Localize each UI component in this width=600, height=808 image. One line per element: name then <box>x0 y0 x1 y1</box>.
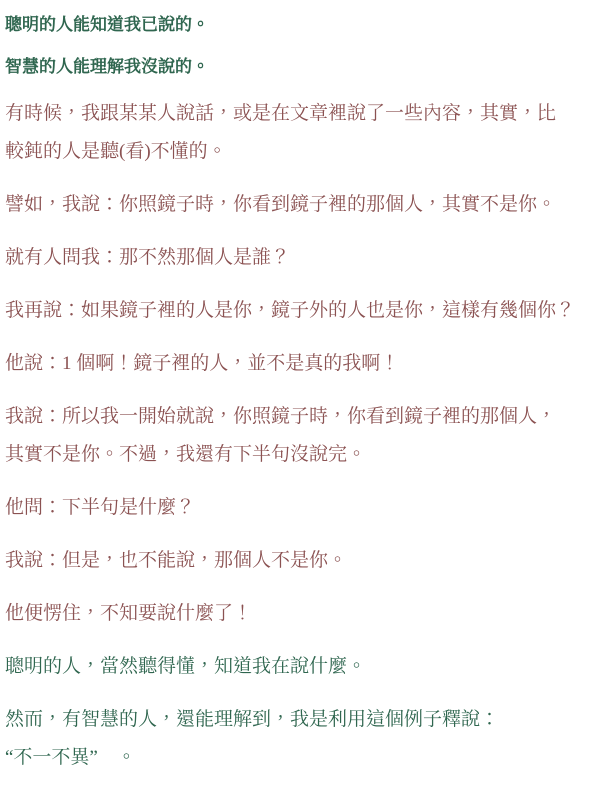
paragraph: 我說：所以我一開始就說，你照鏡子時，你看到鏡子裡的那個人，其實不是你。不過，我還… <box>5 398 596 474</box>
text-line: 較鈍的人是聽(看)不懂的。 <box>5 141 227 162</box>
text-line: 我說：所以我一開始就說，你照鏡子時，你看到鏡子裡的那個人， <box>5 406 556 427</box>
text-line: 聰明的人能知道我已說的。 <box>5 15 209 34</box>
paragraph: 譬如，我說：你照鏡子時，你看到鏡子裡的那個人，其實不是你。 <box>5 186 596 224</box>
text-line: 他問：下半句是什麼？ <box>5 497 195 518</box>
text-line: 有時候，我跟某某人說話，或是在文章裡說了一些內容，其實，比 <box>5 103 556 124</box>
paragraph: 我說：但是，也不能說，那個人不是你。 <box>5 542 596 580</box>
text-line: 我再說：如果鏡子裡的人是你，鏡子外的人也是你，這樣有幾個你？ <box>5 300 575 321</box>
heading-line: 智慧的人能理解我沒說的。 <box>5 46 596 88</box>
paragraph: 聰明的人，當然聽得懂，知道我在說什麼。 <box>5 648 596 686</box>
text-line: 聰明的人，當然聽得懂，知道我在說什麼。 <box>5 656 366 677</box>
text-line: 然而，有智慧的人，還能理解到，我是利用這個例子釋說： <box>5 709 499 730</box>
text-line: 我說：但是，也不能說，那個人不是你。 <box>5 550 347 571</box>
paragraph: 他便愣住，不知要說什麼了！ <box>5 595 596 633</box>
paragraph: 有時候，我跟某某人說話，或是在文章裡說了一些內容，其實，比較鈍的人是聽(看)不懂… <box>5 95 596 171</box>
paragraph: 我再說：如果鏡子裡的人是你，鏡子外的人也是你，這樣有幾個你？ <box>5 292 596 330</box>
page: { "colors": { "background": "#FFFFFF", "… <box>0 0 600 808</box>
text-line: 其實不是你。不過，我還有下半句沒說完。 <box>5 444 366 465</box>
text-line: “不一不異” 。 <box>5 747 136 768</box>
paragraph: 他說：1 個啊！鏡子裡的人，並不是真的我啊！ <box>5 345 596 383</box>
text-line: 他說：1 個啊！鏡子裡的人，並不是真的我啊！ <box>5 353 399 374</box>
text-line: 他便愣住，不知要說什麼了！ <box>5 603 252 624</box>
paragraph: 然而，有智慧的人，還能理解到，我是利用這個例子釋說：“不一不異” 。 <box>5 701 596 777</box>
heading-line: 聰明的人能知道我已說的。 <box>5 4 596 46</box>
paragraph: 就有人問我：那不然那個人是誰？ <box>5 239 596 277</box>
text-line: 就有人問我：那不然那個人是誰？ <box>5 247 290 268</box>
text-line: 譬如，我說：你照鏡子時，你看到鏡子裡的那個人，其實不是你。 <box>5 194 556 215</box>
text-line: 智慧的人能理解我沒說的。 <box>5 57 209 76</box>
paragraph: 他問：下半句是什麼？ <box>5 489 596 527</box>
post-content: 聰明的人能知道我已說的。智慧的人能理解我沒說的。有時候，我跟某某人說話，或是在文… <box>0 0 600 777</box>
